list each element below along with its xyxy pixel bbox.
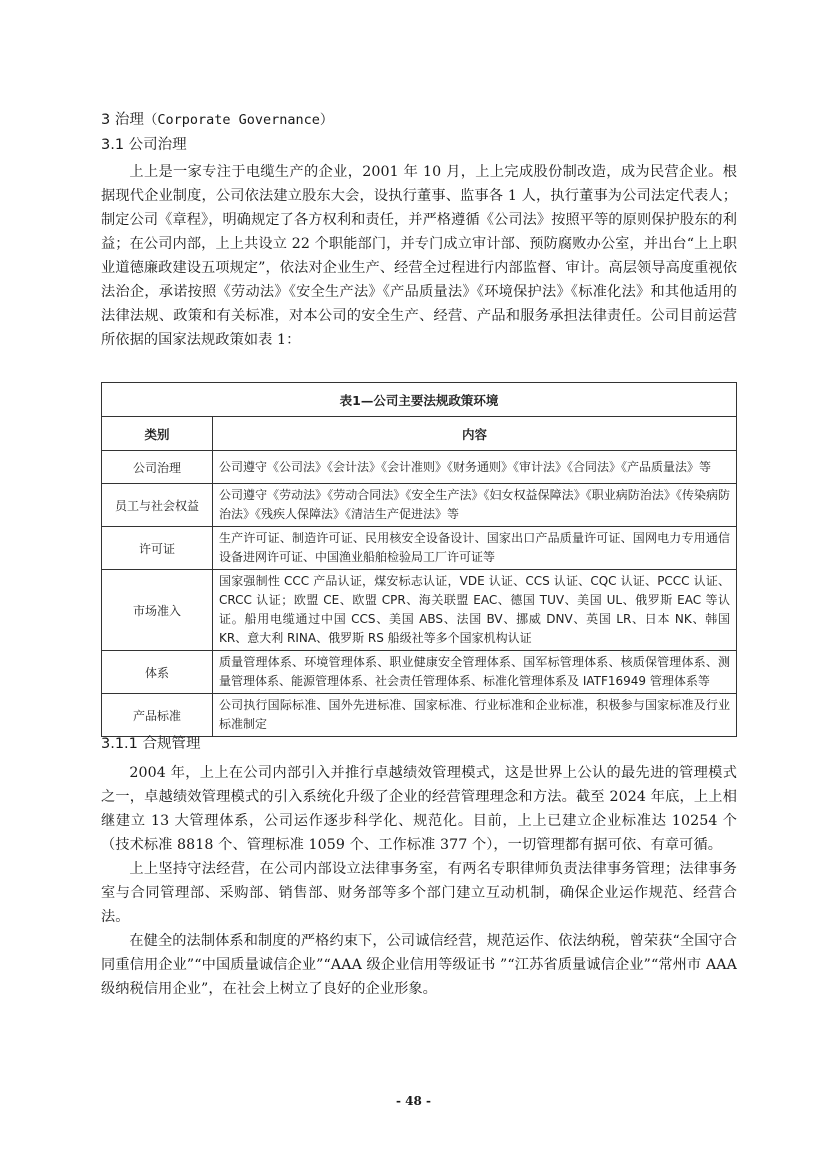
subsection-heading: 3.1 公司治理 <box>101 135 187 155</box>
section-title-en: （Corporate Governance） <box>144 112 334 128</box>
header-category: 类别 <box>102 417 213 451</box>
header-content: 内容 <box>213 417 737 451</box>
row-content: 质量管理体系、环境管理体系、职业健康安全管理体系、国军标管理体系、核质保管理体系… <box>213 651 737 694</box>
row-category: 员工与社会权益 <box>102 484 213 527</box>
subsubsection-heading: 3.1.1 合规管理 <box>101 734 201 754</box>
section-number: 3 <box>101 112 110 128</box>
row-content: 公司执行国际标准、国外先进标准、国家标准、行业标准和企业标准，积极参与国家标准及… <box>213 694 737 737</box>
intro-paragraph: 上上是一家专注于电缆生产的企业，2001 年 10 月，上上完成股份制改造，成为… <box>101 160 737 352</box>
row-content: 公司遵守《劳动法》《劳动合同法》《安全生产法》《妇女权益保障法》《职业病防治法》… <box>213 484 737 527</box>
row-content: 公司遵守《公司法》《会计法》《会计准则》《财务通则》《审计法》《合同法》《产品质… <box>213 451 737 484</box>
row-category: 产品标准 <box>102 694 213 737</box>
regulations-table: 表1—公司主要法规政策环境 类别 内容 公司治理 公司遵守《公司法》《会计法》《… <box>101 382 737 737</box>
table-row: 员工与社会权益 公司遵守《劳动法》《劳动合同法》《安全生产法》《妇女权益保障法》… <box>102 484 737 527</box>
row-content: 生产许可证、制造许可证、民用核安全设备设计、国家出口产品质量许可证、国网电力专用… <box>213 527 737 570</box>
table-row: 许可证 生产许可证、制造许可证、民用核安全设备设计、国家出口产品质量许可证、国网… <box>102 527 737 570</box>
compliance-paragraph-1: 2004 年，上上在公司内部引入并推行卓越绩效管理模式，这是世界上公认的最先进的… <box>101 761 737 857</box>
table-title: 表1—公司主要法规政策环境 <box>102 383 737 417</box>
table-row: 产品标准 公司执行国际标准、国外先进标准、国家标准、行业标准和企业标准，积极参与… <box>102 694 737 737</box>
table-row: 公司治理 公司遵守《公司法》《会计法》《会计准则》《财务通则》《审计法》《合同法… <box>102 451 737 484</box>
table-header-row: 类别 内容 <box>102 417 737 451</box>
section-heading: 3 治理（Corporate Governance） <box>101 110 333 130</box>
page-number: - 48 - <box>0 1094 827 1108</box>
table-row: 体系 质量管理体系、环境管理体系、职业健康安全管理体系、国军标管理体系、核质保管… <box>102 651 737 694</box>
section-title-cn: 治理 <box>115 112 144 128</box>
compliance-paragraph-3: 在健全的法制体系和制度的严格约束下，公司诚信经营，规范运作、依法纳税，曾荣获“全… <box>101 929 737 1001</box>
row-category: 体系 <box>102 651 213 694</box>
row-category: 公司治理 <box>102 451 213 484</box>
compliance-paragraph-2: 上上坚持守法经营，在公司内部设立法律事务室，有两名专职律师负责法律事务管理；法律… <box>101 857 737 929</box>
table-row: 市场准入 国家强制性 CCC 产品认证，煤安标志认证，VDE 认证、CCS 认证… <box>102 570 737 651</box>
row-category: 许可证 <box>102 527 213 570</box>
row-category: 市场准入 <box>102 570 213 651</box>
row-content: 国家强制性 CCC 产品认证，煤安标志认证，VDE 认证、CCS 认证、CQC … <box>213 570 737 651</box>
